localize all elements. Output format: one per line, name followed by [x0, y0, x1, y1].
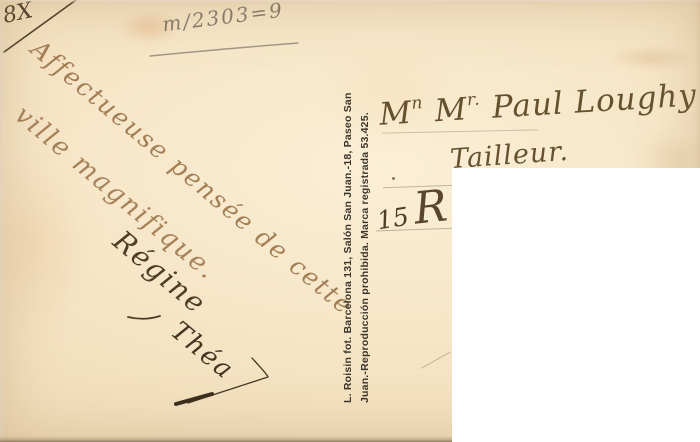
honorific-1-superscript: n [411, 93, 424, 114]
honorific-1: M [378, 95, 413, 133]
postcard-back-scan: 8X m/2303=9 Affectueuse pensée de cette … [0, 0, 700, 442]
address-street-initial: R [411, 180, 449, 234]
scan-edge-top [0, 0, 700, 3]
addressee-name: Paul Loughy [480, 77, 698, 126]
publisher-imprint: L. Roisin fot. Barcelona 131, Salón San … [340, 33, 374, 403]
paper-stain [606, 46, 696, 70]
address-name-line: Mn Mr. Paul Loughy [378, 76, 698, 132]
signature-thea: Théa [165, 316, 240, 386]
publisher-imprint-line-1: L. Roisin fot. Barcelona 131, Salón San … [340, 33, 357, 403]
address-street-number: 15 [375, 202, 411, 236]
honorific-2: M [434, 91, 469, 129]
paper-stain [0, 160, 90, 330]
ink-dot [392, 177, 395, 180]
scan-edge-left [0, 0, 6, 442]
archive-number: m/2303=9 [161, 0, 285, 36]
publisher-imprint-line-2: Juan.-Reproducción prohibida. Marca regi… [357, 33, 374, 403]
blank-overlay [452, 168, 700, 442]
honorific-2-superscript: r. [466, 90, 481, 111]
